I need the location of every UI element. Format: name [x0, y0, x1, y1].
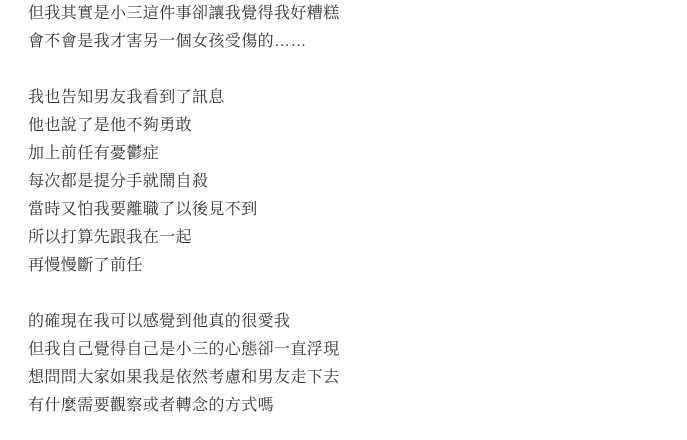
post-text-line: 會不會是我才害另一個女孩受傷的…… [28, 28, 667, 56]
post-text-line: 但我其實是小三這件事卻讓我覺得我好糟糕 [28, 0, 667, 28]
post-text-line: 但我自己覺得自己是小三的心態卻一直浮現 [28, 336, 667, 364]
post-text-line: 所以打算先跟我在一起 [28, 224, 667, 252]
post-paragraph-3: 的確現在我可以感覺到他真的很愛我 但我自己覺得自己是小三的心態卻一直浮現 想問問… [28, 308, 667, 420]
post-paragraph-2: 我也告知男友我看到了訊息 他也說了是他不夠勇敢 加上前任有憂鬱症 每次都是提分手… [28, 84, 667, 280]
post-page: 但我其實是小三這件事卻讓我覺得我好糟糕 會不會是我才害另一個女孩受傷的…… 我也… [0, 0, 687, 440]
post-text-line: 加上前任有憂鬱症 [28, 140, 667, 168]
post-text-line: 有什麼需要觀察或者轉念的方式嗎 [28, 392, 667, 420]
post-text-line: 每次都是提分手就鬧自殺 [28, 168, 667, 196]
post-text-line: 我也告知男友我看到了訊息 [28, 84, 667, 112]
post-text-line: 當時又怕我要離職了以後見不到 [28, 196, 667, 224]
post-paragraph-1: 但我其實是小三這件事卻讓我覺得我好糟糕 會不會是我才害另一個女孩受傷的…… [28, 0, 667, 56]
post-text-line: 再慢慢斷了前任 [28, 252, 667, 280]
post-text-line: 的確現在我可以感覺到他真的很愛我 [28, 308, 667, 336]
post-text-line: 他也說了是他不夠勇敢 [28, 112, 667, 140]
post-body: 但我其實是小三這件事卻讓我覺得我好糟糕 會不會是我才害另一個女孩受傷的…… 我也… [28, 0, 667, 420]
post-text-line: 想問問大家如果我是依然考慮和男友走下去 [28, 364, 667, 392]
